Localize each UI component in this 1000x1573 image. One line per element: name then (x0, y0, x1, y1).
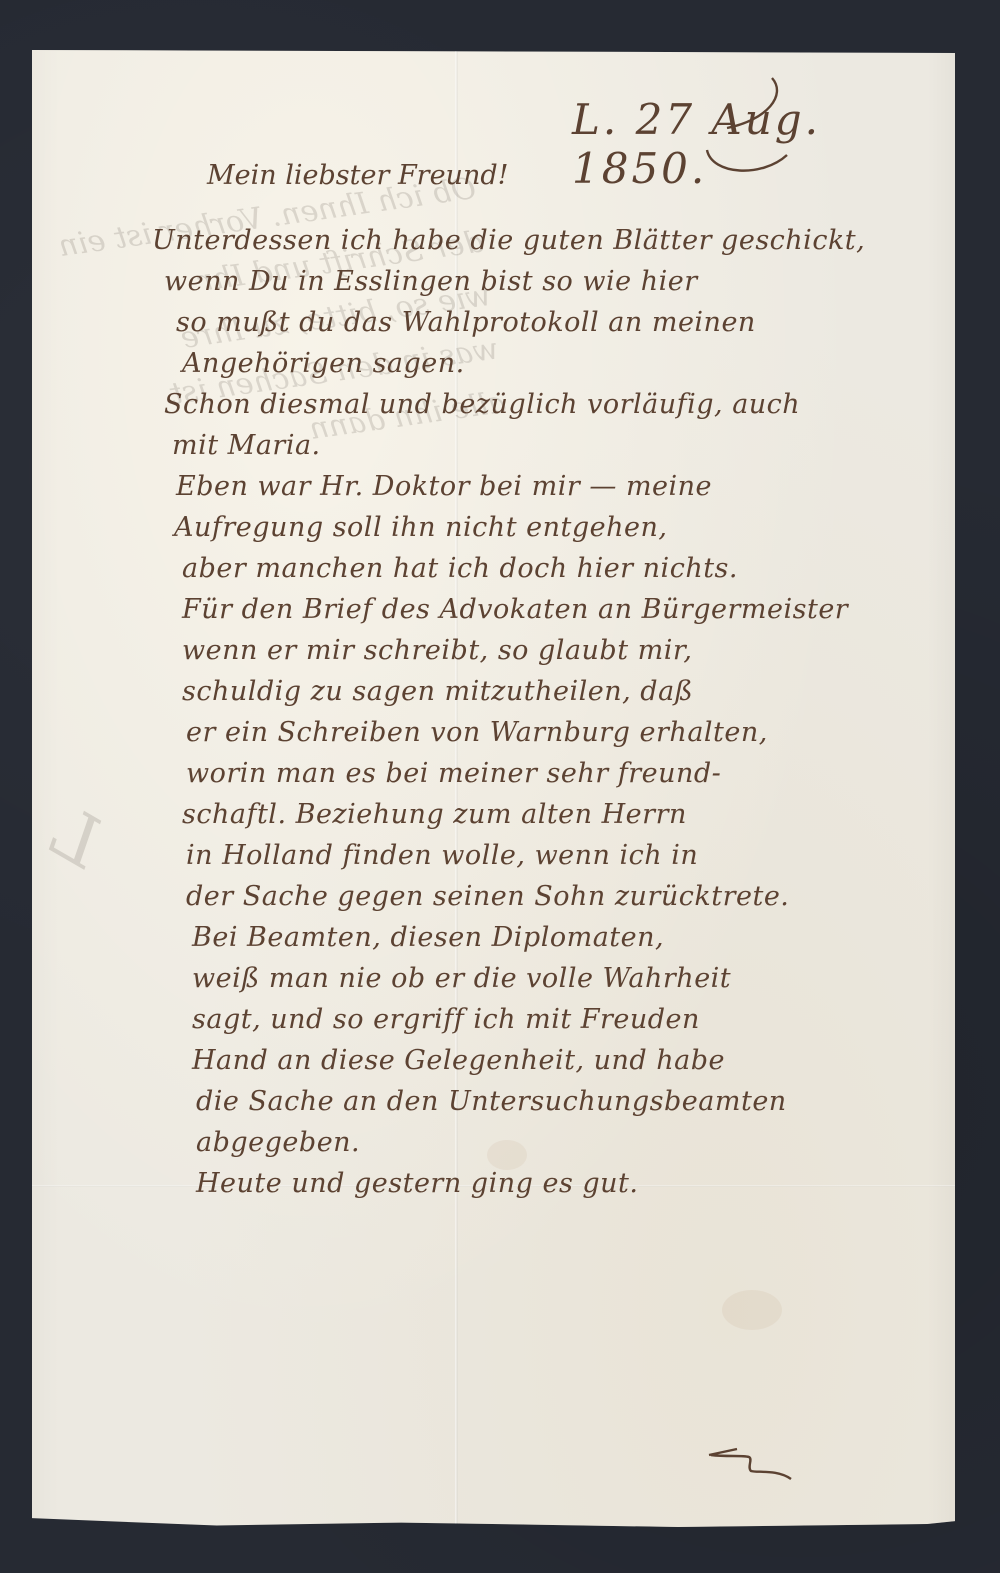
body-line: aber manchen hat ich doch hier nichts. (152, 548, 942, 589)
signature-flourish-icon (707, 1445, 797, 1485)
paper-stain (722, 1290, 782, 1330)
body-line: wenn er mir schreibt, so glaubt mir, (152, 630, 942, 671)
date-flourish-icon (672, 70, 812, 180)
body-line: schuldig zu sagen mitzutheilen, daß (152, 671, 942, 712)
body-line: schaftl. Beziehung zum alten Herrn (152, 794, 942, 835)
body-line: Eben war Hr. Doktor bei mir — meine (152, 466, 942, 507)
body-line: in Holland finden wolle, wenn ich in (152, 835, 942, 876)
body-line: wenn Du in Esslingen bist so wie hier (152, 261, 942, 302)
body-line: mit Maria. (152, 425, 942, 466)
body-line: Hand an diese Gelegenheit, und habe (152, 1040, 942, 1081)
body-line: Unterdessen ich habe die guten Blätter g… (152, 220, 942, 261)
body-line: der Sache gegen seinen Sohn zurücktrete. (152, 876, 942, 917)
body-line: so mußt du das Wahlprotokoll an meinen (152, 302, 942, 343)
body-line: worin man es bei meiner sehr freund- (152, 753, 942, 794)
body-line: Für den Brief des Advokaten an Bürgermei… (152, 589, 942, 630)
salutation: Mein liebster Freund! (207, 160, 508, 191)
body-line: Heute und gestern ging es gut. (152, 1163, 942, 1204)
body-line: weiß man nie ob er die volle Wahrheit (152, 958, 942, 999)
letter-paper: Ob ich Ihnen. Vorher ist ein der Schrift… (32, 50, 955, 1527)
reverse-side-signature-bleed: L (42, 802, 109, 872)
body-line: die Sache an den Untersuchungsbeamten (152, 1081, 942, 1122)
body-line: Schon diesmal und bezüglich vorläufig, a… (152, 384, 942, 425)
body-line: Angehörigen sagen. (152, 343, 942, 384)
body-line: Bei Beamten, diesen Diplomaten, (152, 917, 942, 958)
letter-body: Unterdessen ich habe die guten Blätter g… (152, 220, 942, 1204)
body-line: Aufregung soll ihn nicht entgehen, (152, 507, 942, 548)
body-line: sagt, und so ergriff ich mit Freuden (152, 999, 942, 1040)
body-line: abgegeben. (152, 1122, 942, 1163)
body-line: er ein Schreiben von Warnburg erhalten, (152, 712, 942, 753)
